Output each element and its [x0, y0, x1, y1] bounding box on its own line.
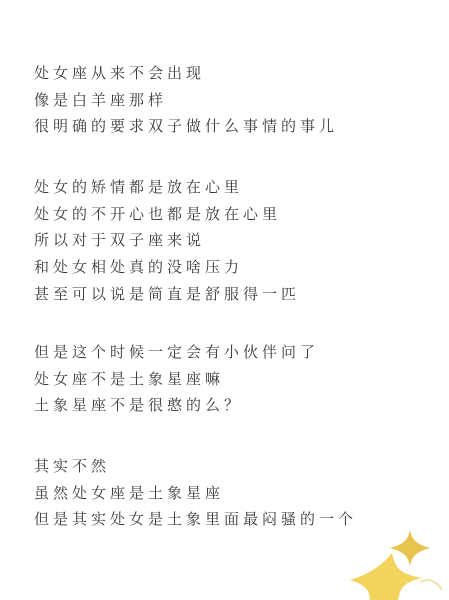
yellow-stars-icon — [350, 520, 449, 600]
text-line: 虽然处女座是土象星座 — [34, 480, 357, 507]
text-line: 处女座从来不会出现 — [34, 60, 338, 87]
text-line: 很明确的要求双子做什么事情的事儿 — [34, 113, 338, 140]
text-line: 甚至可以说是简直是舒服得一匹 — [34, 281, 300, 308]
text-line: 和处女相处真的没啥压力 — [34, 254, 300, 281]
paragraph-2: 处女的矫情都是放在心里 处女的不开心也都是放在心里 所以对于双子座来说 和处女相… — [34, 174, 300, 307]
text-line: 处女座不是土象星座嘛 — [34, 366, 319, 393]
paragraph-4: 其实不然 虽然处女座是土象星座 但是其实处女是土象里面最闷骚的一个 — [34, 453, 357, 533]
text-line: 其实不然 — [34, 453, 357, 480]
paragraph-3: 但是这个时候一定会有小伙伴问了 处女座不是土象星座嘛 土象星座不是很憨的么？ — [34, 339, 319, 419]
text-line: 所以对于双子座来说 — [34, 227, 300, 254]
text-line: 处女的不开心也都是放在心里 — [34, 201, 300, 228]
text-line: 处女的矫情都是放在心里 — [34, 174, 300, 201]
text-line: 土象星座不是很憨的么？ — [34, 392, 319, 419]
text-line: 但是这个时候一定会有小伙伴问了 — [34, 339, 319, 366]
text-line: 像是白羊座那样 — [34, 87, 338, 114]
text-line: 但是其实处女是土象里面最闷骚的一个 — [34, 506, 357, 533]
paragraph-1: 处女座从来不会出现 像是白羊座那样 很明确的要求双子做什么事情的事儿 — [34, 60, 338, 140]
